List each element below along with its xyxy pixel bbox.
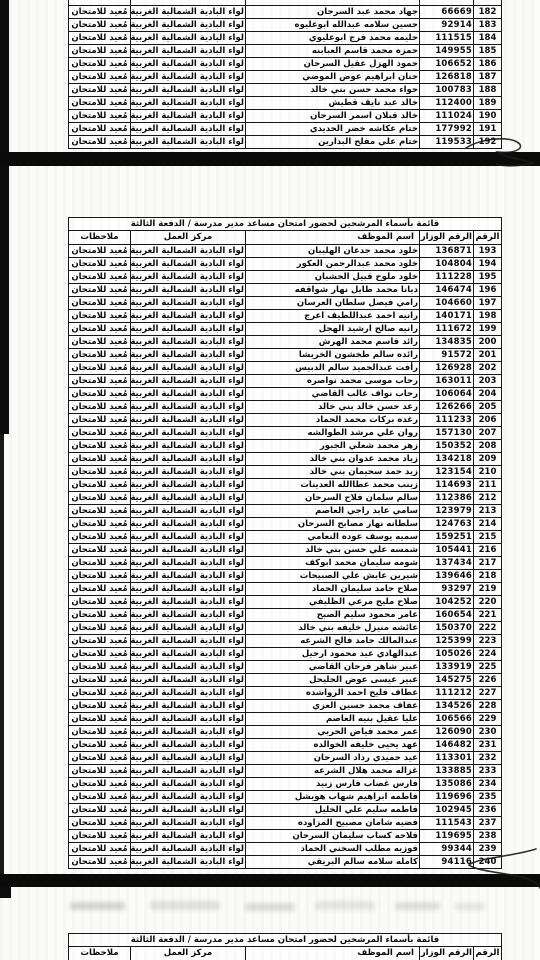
table-row: 213123979سامي عابد راجي العاصملواء الباد… — [69, 505, 502, 518]
table-row: 237111543فضيه شامان مصبيح المزاودهلواء ا… — [69, 817, 502, 830]
notes-cell: مُعيد للامتحان — [69, 375, 131, 388]
row-number-cell: 185 — [474, 45, 502, 58]
ministry-number-cell: 149955 — [420, 45, 474, 58]
employee-name-cell: حمزه محمد قاسم العبابنه — [246, 45, 420, 58]
table-row: 225133919عبير شاهر فرحان القاضيلواء البا… — [69, 661, 502, 674]
row-number-cell: 182 — [474, 6, 502, 19]
header-row-number: الرقم — [474, 231, 502, 245]
notes-cell: مُعيد للامتحان — [69, 479, 131, 492]
notes-cell: مُعيد للامتحان — [69, 388, 131, 401]
notes-cell: مُعيد للامتحان — [69, 71, 131, 84]
table-row: 204106064رحاب نواف غالب القاضيلواء الباد… — [69, 388, 502, 401]
employee-name-cell: زينب محمد عطاالله العدينات — [246, 479, 420, 492]
work-center-cell: لواء البادية الشمالية الغربية — [131, 440, 246, 453]
work-center-cell: لواء البادية الشمالية الغربية — [131, 71, 246, 84]
table-row: 191177992ختام عكاشه خضر الحديديلواء البا… — [69, 123, 502, 136]
work-center-cell: لواء البادية الشمالية الغربية — [131, 258, 246, 271]
ministry-number-cell: 150352 — [420, 440, 474, 453]
work-center-cell: لواء البادية الشمالية الغربية — [131, 479, 246, 492]
ministry-number-cell: 126928 — [420, 362, 474, 375]
row-number-cell: 198 — [474, 310, 502, 323]
ministry-number-cell: 94116 — [420, 856, 474, 869]
notes-cell: مُعيد للامتحان — [69, 778, 131, 791]
notes-cell: مُعيد للامتحان — [69, 661, 131, 674]
work-center-cell: لواء البادية الشمالية الغربية — [131, 32, 246, 45]
notes-cell: مُعيد للامتحان — [69, 544, 131, 557]
notes-cell: مُعيد للامتحان — [69, 531, 131, 544]
employee-name-cell: سميه يوسف عوده النعامي — [246, 531, 420, 544]
work-center-cell: لواء البادية الشمالية الغربية — [131, 648, 246, 661]
table-row: 203163011رحاب موسى محمد نواصرهلواء الباد… — [69, 375, 502, 388]
employee-name-cell: ديانا محمد طايل نهار شواقفه — [246, 284, 420, 297]
employee-name-cell: خلود محمد عبدالرحمن العكور — [246, 258, 420, 271]
work-center-cell: لواء البادية الشمالية الغربية — [131, 843, 246, 856]
table-row: 217137434شومه سليمان محمد ابوكفلواء البا… — [69, 557, 502, 570]
row-number-cell: 239 — [474, 843, 502, 856]
table-row: 207157130روان علي مرشد الطوالشهلواء البا… — [69, 427, 502, 440]
employee-name-cell: حسين سلامه عبدالله ابوعليوه — [246, 19, 420, 32]
ministry-number-cell: 111672 — [420, 323, 474, 336]
notes-cell: مُعيد للامتحان — [69, 336, 131, 349]
work-center-cell: لواء البادية الشمالية الغربية — [131, 518, 246, 531]
notes-cell: مُعيد للامتحان — [69, 713, 131, 726]
notes-cell: مُعيد للامتحان — [69, 284, 131, 297]
row-number-cell: 219 — [474, 583, 502, 596]
notes-cell: مُعيد للامتحان — [69, 58, 131, 71]
notes-cell: مُعيد للامتحان — [69, 765, 131, 778]
work-center-cell: لواء البادية الشمالية الغربية — [131, 687, 246, 700]
employee-name-cell: فضيه شامان مصبيح المزاوده — [246, 817, 420, 830]
table-row: 188100783حواء محمد حسن بني خالدلواء البا… — [69, 84, 502, 97]
row-number-cell: 186 — [474, 58, 502, 71]
work-center-cell: لواء البادية الشمالية الغربية — [131, 804, 246, 817]
notes-cell: مُعيد للامتحان — [69, 596, 131, 609]
ministry-number-cell: 163011 — [420, 375, 474, 388]
employee-name-cell: رحاب نواف غالب القاضي — [246, 388, 420, 401]
employee-name-cell: حمود الهزل عقيل السرحان — [246, 58, 420, 71]
employee-name-cell: سامي عابد راجي العاصم — [246, 505, 420, 518]
employee-name-cell: حواء محمد حسن بني خالد — [246, 84, 420, 97]
row-number-cell: 192 — [474, 136, 502, 149]
notes-cell: مُعيد للامتحان — [69, 362, 131, 375]
ministry-number-cell: 111228 — [420, 271, 474, 284]
table-row: 238119695فلاحه كساب سليمان السرحانلواء ا… — [69, 830, 502, 843]
work-center-cell: لواء البادية الشمالية الغربية — [131, 544, 246, 557]
table-row: 186106652حمود الهزل عقيل السرحانلواء الب… — [69, 58, 502, 71]
header-employee-name: اسم الموظف — [246, 231, 420, 245]
work-center-cell: لواء البادية الشمالية الغربية — [131, 297, 246, 310]
notes-cell: مُعيد للامتحان — [69, 518, 131, 531]
work-center-cell: لواء البادية الشمالية الغربية — [131, 427, 246, 440]
work-center-cell: لواء البادية الشمالية الغربية — [131, 271, 246, 284]
row-number-cell: 220 — [474, 596, 502, 609]
work-center-cell: لواء البادية الشمالية الغربية — [131, 453, 246, 466]
ministry-number-cell: 124763 — [420, 518, 474, 531]
row-number-cell: 234 — [474, 778, 502, 791]
employee-name-cell: فوزيه مطلب السخني الحماد — [246, 843, 420, 856]
table-title: قائمة بأسماء المرشحين لحضور امتحان مساعد… — [69, 218, 502, 231]
row-number-cell: 228 — [474, 700, 502, 713]
row-number-cell: 233 — [474, 765, 502, 778]
table-row: 227111212عطاف فليح احمد الرواشدهلواء الب… — [69, 687, 502, 700]
ministry-number-cell: 133885 — [420, 765, 474, 778]
table-row: 208150352زهر محمد شعلي الجبورلواء البادي… — [69, 440, 502, 453]
notes-cell: مُعيد للامتحان — [69, 123, 131, 136]
table-row: 190111024خالد قبلان اسمر السرحانلواء الب… — [69, 110, 502, 123]
notes-cell: مُعيد للامتحان — [69, 674, 131, 687]
notes-cell: مُعيد للامتحان — [69, 84, 131, 97]
employee-name-cell: صلاح مليح مرعي الظليفي — [246, 596, 420, 609]
table-row: 215159251سميه يوسف عوده النعاميلواء البا… — [69, 531, 502, 544]
employee-name-cell: زياد محمد عدوان بني خالد — [246, 453, 420, 466]
work-center-cell: لواء البادية الشمالية الغربية — [131, 635, 246, 648]
table-row: 226145275عبير عيسى عوض الحليحللواء الباد… — [69, 674, 502, 687]
row-number-cell: 195 — [474, 271, 502, 284]
ministry-number-cell: 150370 — [420, 622, 474, 635]
row-number-cell: 231 — [474, 739, 502, 752]
notes-cell: مُعيد للامتحان — [69, 297, 131, 310]
work-center-cell: لواء البادية الشمالية الغربية — [131, 375, 246, 388]
ministry-number-cell: 112386 — [420, 492, 474, 505]
notes-cell: مُعيد للامتحان — [69, 401, 131, 414]
table-row: 230126090عمر محمد فياض الحربيلواء البادي… — [69, 726, 502, 739]
work-center-cell: لواء البادية الشمالية الغربية — [131, 791, 246, 804]
ministry-number-cell: 177992 — [420, 123, 474, 136]
employee-name-cell: روان علي مرشد الطوالشه — [246, 427, 420, 440]
ministry-number-cell: 91572 — [420, 349, 474, 362]
row-number-cell: 204 — [474, 388, 502, 401]
row-number-cell: 237 — [474, 817, 502, 830]
ministry-number-cell: 106652 — [420, 58, 474, 71]
employee-name-cell: عبير شاهر فرحان القاضي — [246, 661, 420, 674]
notes-cell: مُعيد للامتحان — [69, 414, 131, 427]
ministry-number-cell: 145275 — [420, 674, 474, 687]
table-row: 18266669جهاد محمد عبد السرحانلواء البادي… — [69, 6, 502, 19]
row-number-cell: 193 — [474, 245, 502, 258]
employee-name-cell: رانيه صالح ارشيد الهجل — [246, 323, 420, 336]
row-number-cell: 214 — [474, 518, 502, 531]
notes-cell: مُعيد للامتحان — [69, 453, 131, 466]
row-number-cell: 211 — [474, 479, 502, 492]
candidates-table-main: قائمة بأسماء المرشحين لحضور امتحان مساعد… — [68, 217, 502, 869]
employee-name-cell: رأفت عبدالحميد سالم الدبيس — [246, 362, 420, 375]
table-row: 195111228خلود ملوح قبيل الحشبانلواء البا… — [69, 271, 502, 284]
notes-cell: مُعيد للامتحان — [69, 492, 131, 505]
row-number-cell: 226 — [474, 674, 502, 687]
ministry-number-cell: 111212 — [420, 687, 474, 700]
table-row: 206111233رغده بركات محمد الحمادلواء البا… — [69, 414, 502, 427]
row-number-cell: 232 — [474, 752, 502, 765]
row-number-cell: 196 — [474, 284, 502, 297]
work-center-cell: لواء البادية الشمالية الغربية — [131, 700, 246, 713]
ministry-number-cell: 134835 — [420, 336, 474, 349]
employee-name-cell: غزاله محمد هلال الشرعه — [246, 765, 420, 778]
row-number-cell: 236 — [474, 804, 502, 817]
ministry-number-cell: 137434 — [420, 557, 474, 570]
work-center-cell: لواء البادية الشمالية الغربية — [131, 401, 246, 414]
header-employee-name: اسم الموظف — [246, 947, 420, 960]
work-center-cell: لواء البادية الشمالية الغربية — [131, 583, 246, 596]
table-row: 214124763سلطانه نهار مصابح السرحانلواء ا… — [69, 518, 502, 531]
row-number-cell: 227 — [474, 687, 502, 700]
row-number-cell: 215 — [474, 531, 502, 544]
ministry-number-cell: 119695 — [420, 830, 474, 843]
ministry-number-cell: 111024 — [420, 110, 474, 123]
work-center-cell: لواء البادية الشمالية الغربية — [131, 752, 246, 765]
ministry-number-cell: 146482 — [420, 739, 474, 752]
work-center-cell: لواء البادية الشمالية الغربية — [131, 765, 246, 778]
row-number-cell: 194 — [474, 258, 502, 271]
work-center-cell: لواء البادية الشمالية الغربية — [131, 336, 246, 349]
table-row: 228134526عفاف محمد حسين العزيلواء البادي… — [69, 700, 502, 713]
table-row: 218139646شيرين عايش علي الصبيحاتلواء الب… — [69, 570, 502, 583]
table-row: 196146474ديانا محمد طايل نهار شواقفهلواء… — [69, 284, 502, 297]
row-number-cell: 209 — [474, 453, 502, 466]
work-center-cell: لواء البادية الشمالية الغربية — [131, 110, 246, 123]
work-center-cell: لواء البادية الشمالية الغربية — [131, 323, 246, 336]
employee-name-cell: عبدالهادي عيد محمود ارحيل — [246, 648, 420, 661]
ministry-number-cell: 102945 — [420, 804, 474, 817]
work-center-cell: لواء البادية الشمالية الغربية — [131, 739, 246, 752]
table-row: 236102945فاطمه سليم علي الخليللواء الباد… — [69, 804, 502, 817]
table-row: 222150370عائشه منيزل خليفه بني خالدلواء … — [69, 622, 502, 635]
employee-name-cell: حنان ابراهيم عوض الموضي — [246, 71, 420, 84]
work-center-cell: لواء البادية الشمالية الغربية — [131, 505, 246, 518]
table-row: 209134218زياد محمد عدوان بني خالدلواء ال… — [69, 453, 502, 466]
work-center-cell: لواء البادية الشمالية الغربية — [131, 557, 246, 570]
row-number-cell: 224 — [474, 648, 502, 661]
ministry-number-cell: 113301 — [420, 752, 474, 765]
scan-left-edge-artifact-thin — [0, 434, 4, 880]
notes-cell: مُعيد للامتحان — [69, 687, 131, 700]
ministry-number-cell: 159251 — [420, 531, 474, 544]
table-row: 23999344فوزيه مطلب السخني الحمادلواء الب… — [69, 843, 502, 856]
ministry-number-cell: 104660 — [420, 297, 474, 310]
table-title-row: قائمة بأسماء المرشحين لحضور امتحان مساعد… — [69, 934, 502, 947]
employee-name-cell: رائد قاسم محمد الهرش — [246, 336, 420, 349]
table-row: 189112400خالد عبد نايف قطيشلواء البادية … — [69, 97, 502, 110]
work-center-cell: لواء البادية الشمالية الغربية — [131, 492, 246, 505]
notes-cell: مُعيد للامتحان — [69, 570, 131, 583]
notes-cell: مُعيد للامتحان — [69, 609, 131, 622]
table-row: 221160654عامر محمود سليم الصبحلواء الباد… — [69, 609, 502, 622]
notes-cell: مُعيد للامتحان — [69, 739, 131, 752]
notes-cell: مُعيد للامتحان — [69, 323, 131, 336]
ministry-number-cell: 99344 — [420, 843, 474, 856]
employee-name-cell: رحاب موسى محمد نواصره — [246, 375, 420, 388]
row-number-cell: 205 — [474, 401, 502, 414]
notes-cell: مُعيد للامتحان — [69, 110, 131, 123]
table-row: 200134835رائد قاسم محمد الهرشلواء البادي… — [69, 336, 502, 349]
notes-cell: مُعيد للامتحان — [69, 791, 131, 804]
employee-name-cell: سلطانه نهار مصابح السرحان — [246, 518, 420, 531]
row-number-cell: 230 — [474, 726, 502, 739]
ministry-number-cell: 125399 — [420, 635, 474, 648]
notes-cell: مُعيد للامتحان — [69, 349, 131, 362]
ministry-number-cell: 106064 — [420, 388, 474, 401]
work-center-cell: لواء البادية الشمالية الغربية — [131, 778, 246, 791]
work-center-cell: لواء البادية الشمالية الغربية — [131, 19, 246, 32]
table-header-row: الرقم الرقم الوزاري اسم الموظف مركز العم… — [69, 231, 502, 245]
row-number-cell: 222 — [474, 622, 502, 635]
work-center-cell: لواء البادية الشمالية الغربية — [131, 596, 246, 609]
notes-cell: مُعيد للامتحان — [69, 440, 131, 453]
employee-name-cell: خالد قبلان اسمر السرحان — [246, 110, 420, 123]
employee-name-cell: صلاح حامد سليمان الحماد — [246, 583, 420, 596]
employee-name-cell: زهر محمد شعلي الجبور — [246, 440, 420, 453]
work-center-cell: لواء البادية الشمالية الغربية — [131, 388, 246, 401]
row-number-cell: 229 — [474, 713, 502, 726]
ministry-number-cell: 146474 — [420, 284, 474, 297]
candidates-table-bottom: قائمة بأسماء المرشحين لحضور امتحان مساعد… — [68, 933, 502, 960]
ministry-number-cell: 133919 — [420, 661, 474, 674]
employee-name-cell: رائده سالم طخشون الخريشا — [246, 349, 420, 362]
header-work-center: مركز العمل — [131, 947, 246, 960]
employee-name-cell: عفاف محمد حسين العزي — [246, 700, 420, 713]
table-row: 21993297صلاح حامد سليمان الحمادلواء البا… — [69, 583, 502, 596]
ministry-number-cell: 126266 — [420, 401, 474, 414]
ministry-number-cell: 119696 — [420, 791, 474, 804]
notes-cell: مُعيد للامتحان — [69, 622, 131, 635]
table-row: 194104804خلود محمد عبدالرحمن العكورلواء … — [69, 258, 502, 271]
ministry-number-cell: 157130 — [420, 427, 474, 440]
work-center-cell: لواء البادية الشمالية الغربية — [131, 661, 246, 674]
table-row: 224105026عبدالهادي عيد محمود ارحيللواء ا… — [69, 648, 502, 661]
row-number-cell: 217 — [474, 557, 502, 570]
employee-name-cell: عائشه منيزل خليفه بني خالد — [246, 622, 420, 635]
employee-name-cell: فاطمه ابراهيم شهاب هويشل — [246, 791, 420, 804]
table-title: قائمة بأسماء المرشحين لحضور امتحان مساعد… — [69, 934, 502, 947]
ministry-number-cell: 93297 — [420, 583, 474, 596]
row-number-cell: 212 — [474, 492, 502, 505]
work-center-cell: لواء البادية الشمالية الغربية — [131, 609, 246, 622]
row-number-cell: 238 — [474, 830, 502, 843]
table-row: 187126818حنان ابراهيم عوض الموضيلواء الب… — [69, 71, 502, 84]
notes-cell: مُعيد للامتحان — [69, 726, 131, 739]
table-row: 24094116كامله سلامه سالم البريقيلواء الب… — [69, 856, 502, 869]
table-row: 210123154زيد حمد سحيمان بني خالدلواء الب… — [69, 466, 502, 479]
table-row: 220104252صلاح مليح مرعي الظليفيلواء البا… — [69, 596, 502, 609]
row-number-cell: 216 — [474, 544, 502, 557]
ministry-number-cell: 66669 — [420, 6, 474, 19]
ministry-number-cell: 126818 — [420, 71, 474, 84]
header-ministry-number: الرقم الوزاري — [420, 231, 474, 245]
row-number-cell: 213 — [474, 505, 502, 518]
employee-name-cell: رعد حسن خالد بني خالد — [246, 401, 420, 414]
ministry-number-cell: 114693 — [420, 479, 474, 492]
notes-cell: مُعيد للامتحان — [69, 136, 131, 149]
employee-name-cell: عيد حميدي رداد السرحان — [246, 752, 420, 765]
notes-cell: مُعيد للامتحان — [69, 505, 131, 518]
employee-name-cell: شمسه علي حسن بني خالد — [246, 544, 420, 557]
employee-name-cell: رامي فيصل سلطان العرسان — [246, 297, 420, 310]
row-number-cell: 223 — [474, 635, 502, 648]
work-center-cell: لواء البادية الشمالية الغربية — [131, 830, 246, 843]
work-center-cell: لواء البادية الشمالية الغربية — [131, 349, 246, 362]
notes-cell: مُعيد للامتحان — [69, 635, 131, 648]
employee-name-cell: عمر محمد فياض الحربي — [246, 726, 420, 739]
employee-name-cell: عهد يحيى خليفه الخوالده — [246, 739, 420, 752]
work-center-cell: لواء البادية الشمالية الغربية — [131, 466, 246, 479]
row-number-cell: 191 — [474, 123, 502, 136]
row-number-cell: 189 — [474, 97, 502, 110]
table-row: 18392914حسين سلامه عبدالله ابوعليوهلواء … — [69, 19, 502, 32]
employee-name-cell: ختام عكاشه خضر الحديدي — [246, 123, 420, 136]
employee-name-cell: زيد حمد سحيمان بني خالد — [246, 466, 420, 479]
employee-name-cell: فلاحه كساب سليمان السرحان — [246, 830, 420, 843]
employee-name-cell: عبير عيسى عوض الحليحل — [246, 674, 420, 687]
row-number-cell: 202 — [474, 362, 502, 375]
notes-cell: مُعيد للامتحان — [69, 752, 131, 765]
notes-cell: مُعيد للامتحان — [69, 557, 131, 570]
ministry-number-cell: 126090 — [420, 726, 474, 739]
table-row: 198140171رانيه احمد عبداللطيف اعرجلواء ا… — [69, 310, 502, 323]
work-center-cell: لواء البادية الشمالية الغربية — [131, 674, 246, 687]
table-row: 211114693زينب محمد عطاالله العديناتلواء … — [69, 479, 502, 492]
table-header-row: الرقم الرقم الوزاري اسم الموظف مركز العم… — [69, 947, 502, 960]
employee-name-cell: رانيه احمد عبداللطيف اعرج — [246, 310, 420, 323]
work-center-cell: لواء البادية الشمالية الغربية — [131, 713, 246, 726]
row-number-cell: 210 — [474, 466, 502, 479]
employee-name-cell: عبدالمالك حامد فالح الشرعه — [246, 635, 420, 648]
work-center-cell: لواء البادية الشمالية الغربية — [131, 45, 246, 58]
ministry-number-cell: 112400 — [420, 97, 474, 110]
scan-left-edge-artifact — [0, 0, 9, 434]
notes-cell: مُعيد للامتحان — [69, 427, 131, 440]
employee-name-cell: حليمه محمد فرج ابوعليوي — [246, 32, 420, 45]
work-center-cell: لواء البادية الشمالية الغربية — [131, 284, 246, 297]
work-center-cell: لواء البادية الشمالية الغربية — [131, 6, 246, 19]
work-center-cell: لواء البادية الشمالية الغربية — [131, 84, 246, 97]
scan-black-band — [0, 152, 540, 166]
table-row: 234135086فارس غصاب فارس زبيدلواء البادية… — [69, 778, 502, 791]
work-center-cell: لواء البادية الشمالية الغربية — [131, 362, 246, 375]
work-center-cell: لواء البادية الشمالية الغربية — [131, 245, 246, 258]
ministry-number-cell: 105026 — [420, 648, 474, 661]
employee-name-cell: سالم سلمان فلاح السرحان — [246, 492, 420, 505]
notes-cell: مُعيد للامتحان — [69, 648, 131, 661]
notes-cell: مُعيد للامتحان — [69, 700, 131, 713]
table-row: 212112386سالم سلمان فلاح السرحانلواء الب… — [69, 492, 502, 505]
notes-cell: مُعيد للامتحان — [69, 19, 131, 32]
ministry-number-cell: 160654 — [420, 609, 474, 622]
scan-noise — [60, 898, 490, 918]
ministry-number-cell: 139646 — [420, 570, 474, 583]
notes-cell: مُعيد للامتحان — [69, 245, 131, 258]
notes-cell: مُعيد للامتحان — [69, 466, 131, 479]
header-notes: ملاحظات — [69, 231, 131, 245]
notes-cell: مُعيد للامتحان — [69, 856, 131, 869]
row-number-cell: 206 — [474, 414, 502, 427]
ministry-number-cell: 106566 — [420, 713, 474, 726]
scan-black-band-2 — [0, 874, 540, 887]
work-center-cell: لواء البادية الشمالية الغربية — [131, 123, 246, 136]
ministry-number-cell: 123979 — [420, 505, 474, 518]
ministry-number-cell: 119533 — [420, 136, 474, 149]
table-row: 216105441شمسه علي حسن بني خالدلواء الباد… — [69, 544, 502, 557]
table-title-row: قائمة بأسماء المرشحين لحضور امتحان مساعد… — [69, 218, 502, 231]
employee-name-cell: عطاف فليح احمد الرواشده — [246, 687, 420, 700]
employee-name-cell: عامر محمود سليم الصبح — [246, 609, 420, 622]
header-ministry-number: الرقم الوزاري — [420, 947, 474, 960]
row-number-cell: 221 — [474, 609, 502, 622]
table-row: 193136871خلود محمد جدعان الهليبانلواء ال… — [69, 245, 502, 258]
notes-cell: مُعيد للامتحان — [69, 6, 131, 19]
row-number-cell: 199 — [474, 323, 502, 336]
table-row: 231146482عهد يحيى خليفه الخوالدهلواء الب… — [69, 739, 502, 752]
scanned-document-page: { "shared": { "title": "قائمة بأسماء الم… — [0, 0, 540, 960]
work-center-cell: لواء البادية الشمالية الغربية — [131, 58, 246, 71]
